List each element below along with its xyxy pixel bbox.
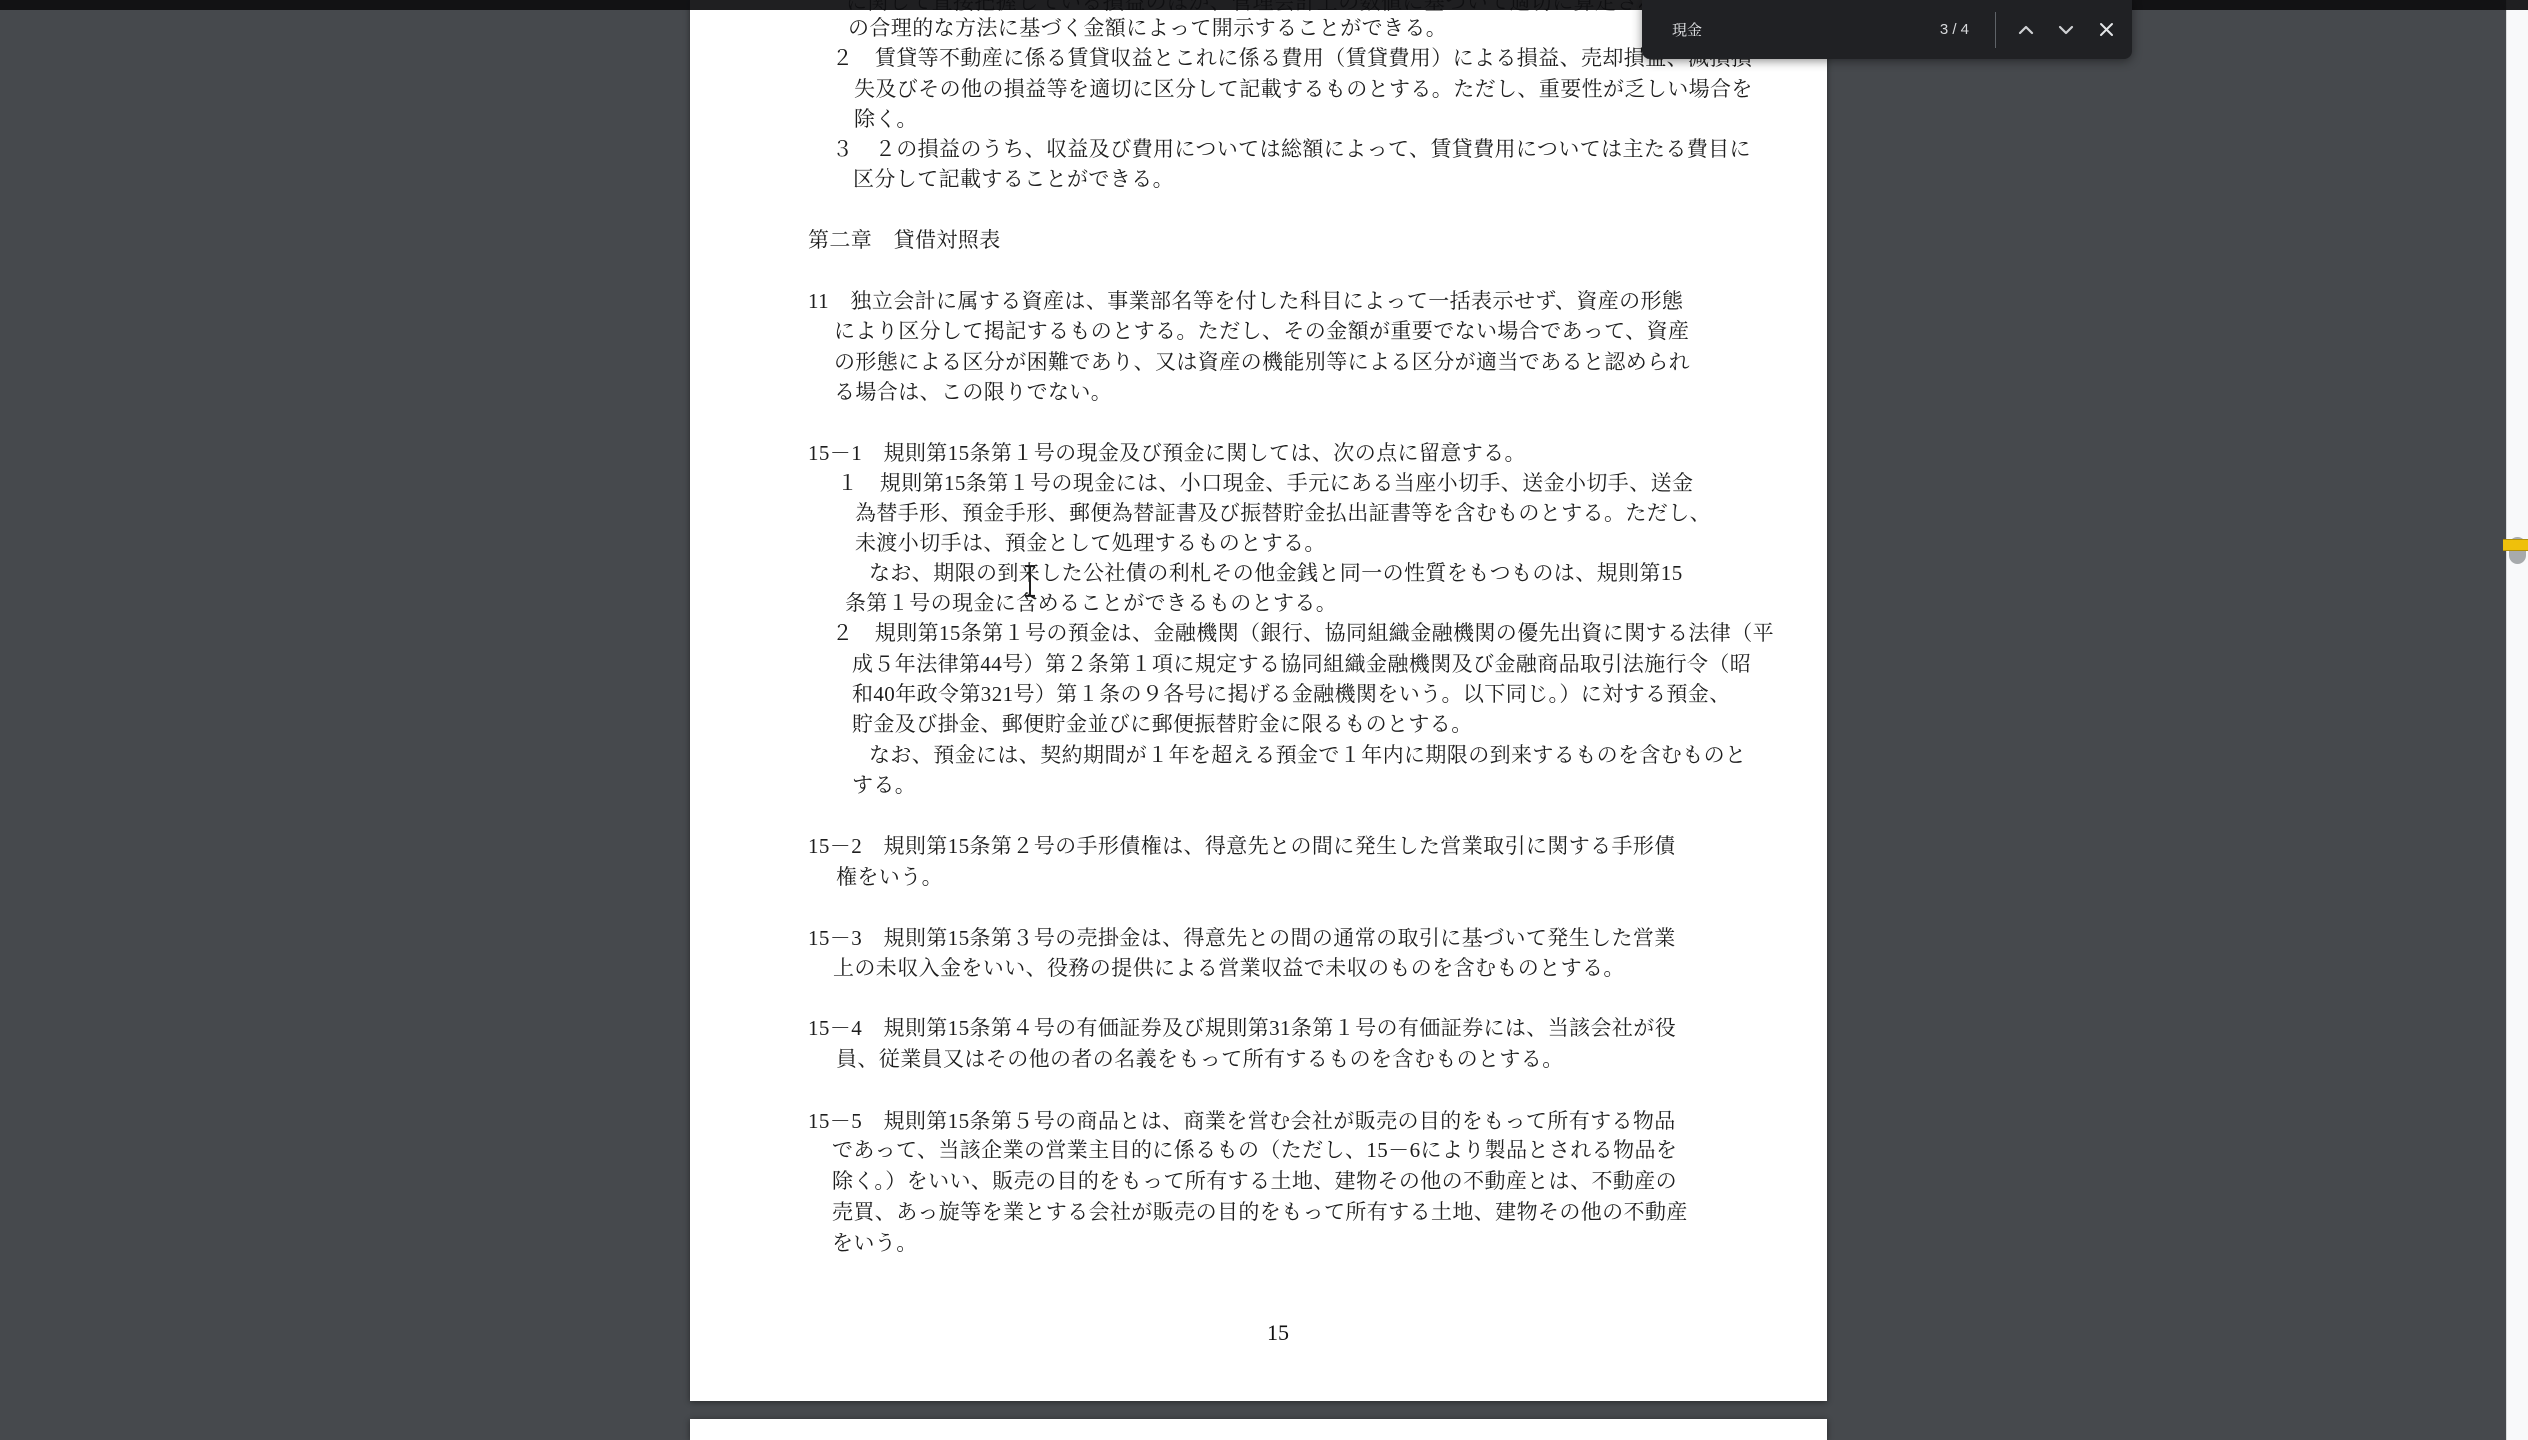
text-line: なお、期限の到来した公社債の利札その他金銭と同一の性質をもつものは、規則第15 [869, 562, 1683, 584]
text-line: 売買、あっ旋等を業とする会社が販売の目的をもって所有する土地、建物その他の不動産 [832, 1201, 1688, 1223]
text-line: する。 [852, 774, 916, 796]
text-line: 成５年法律第44号）第２条第１項に規定する協同組織金融機関及び金融商品取引法施行… [852, 653, 1751, 675]
scrollbar-track[interactable] [2506, 0, 2528, 1440]
pdf-page-next [690, 1419, 1827, 1440]
text-line: 除く。）をいい、販売の目的をもって所有する土地、建物その他の不動産とは、不動産の [832, 1170, 1677, 1192]
text-line: 15－3 規則第15条第３号の売掛金は、得意先との間の通常の取引に基づいて発生し… [808, 927, 1676, 949]
text-line: 失及びその他の損益等を適切に区分して記載するものとする。ただし、重要性が乏しい場… [854, 78, 1753, 100]
find-previous-button[interactable] [2006, 10, 2046, 50]
text-line: 条第１号の現金に含めることができるものとする。 [845, 592, 1337, 614]
close-icon [2099, 22, 2114, 37]
find-match-count: 3 / 4 [1940, 21, 1969, 38]
text-line: 区分して記載することができる。 [853, 168, 1174, 190]
find-divider [1995, 12, 1996, 48]
text-line: であって、当該企業の営業主目的に係るもの（ただし、15－6により製品とされる物品… [832, 1139, 1677, 1161]
text-line: 11 独立会計に属する資産は、事業部名等を付した科目によって一括表示せず、資産の… [808, 290, 1683, 312]
find-close-button[interactable] [2086, 10, 2126, 50]
text-line: る場合は、この限りでない。 [834, 381, 1112, 403]
text-line: により区分して掲記するものとする。ただし、その金額が重要でない場合であって、資産 [834, 320, 1689, 342]
top-edge-strip [0, 0, 2528, 10]
text-line: 未渡小切手は、預金として処理するものとする。 [855, 532, 1326, 554]
find-bar: 現金 3 / 4 [1642, 0, 2132, 59]
text-line: 除く。 [854, 108, 918, 130]
chevron-down-icon [2058, 25, 2074, 35]
text-line: 権をいう。 [836, 866, 943, 888]
text-line: の形態による区分が困難であり、又は資産の機能別等による区分が適当であると認められ [834, 351, 1690, 373]
text-line: ２ 規則第15条第１号の預金は、金融機関（銀行、協同組織金融機関の優先出資に関す… [832, 622, 1774, 644]
find-result-marker [2503, 539, 2528, 551]
text-line: の合理的な方法に基づく金額によって開示することができる。 [848, 17, 1447, 39]
page-number: 15 [1248, 1320, 1308, 1346]
text-line: 第二章 貸借対照表 [808, 229, 1001, 251]
pdf-page: に関して直接把握している損益のほか、管理会計上の数値に基づいて適切に算定されの合… [690, 0, 1827, 1401]
text-line: １ 規則第15条第１号の現金には、小口現金、手元にある当座小切手、送金小切手、送… [837, 472, 1693, 494]
chevron-up-icon [2018, 25, 2034, 35]
text-line: をいう。 [832, 1232, 918, 1254]
find-query-input[interactable]: 現金 [1672, 19, 1792, 40]
text-line: 15－1 規則第15条第１号の現金及び預金に関しては、次の点に留意する。 [808, 442, 1526, 464]
text-layer: に関して直接把握している損益のほか、管理会計上の数値に基づいて適切に算定されの合… [690, 0, 1827, 1401]
i-beam-cursor [1022, 565, 1038, 597]
text-line: ２ 賃貸等不動産に係る賃貸収益とこれに係る費用（賃貸費用）による損益、売却損益、… [832, 47, 1752, 69]
text-line: 上の未収入金をいい、役務の提供による営業収益で未収のものを含むものとする。 [833, 957, 1625, 979]
text-line: 15－5 規則第15条第５号の商品とは、商業を営む会社が販売の目的をもって所有す… [808, 1110, 1676, 1132]
text-line: なお、預金には、契約期間が１年を超える預金で１年内に期限の到来するものを含むもの… [869, 744, 1746, 766]
text-line: 和40年政令第321号）第１条の９各号に掲げる金融機関をいう。以下同じ。）に対す… [852, 683, 1731, 705]
text-line: 15－2 規則第15条第２号の手形債権は、得意先との間に発生した営業取引に関する… [808, 835, 1676, 857]
find-next-button[interactable] [2046, 10, 2086, 50]
text-line: 為替手形、預金手形、郵便為替証書及び振替貯金払出証書等を含むものとする。ただし、 [855, 502, 1711, 524]
text-line: 15－4 規則第15条第４号の有価証券及び規則第31条第１号の有価証券には、当該… [808, 1017, 1676, 1039]
text-line: ３ ２の損益のうち、収益及び費用については総額によって、賃貸費用については主たる… [832, 138, 1751, 160]
pdf-viewer: に関して直接把握している損益のほか、管理会計上の数値に基づいて適切に算定されの合… [0, 0, 2528, 1440]
text-line: 貯金及び掛金、郵便貯金並びに郵便振替貯金に限るものとする。 [852, 713, 1473, 735]
text-line: 員、従業員又はその他の者の名義をもって所有するものを含むものとする。 [836, 1048, 1564, 1070]
